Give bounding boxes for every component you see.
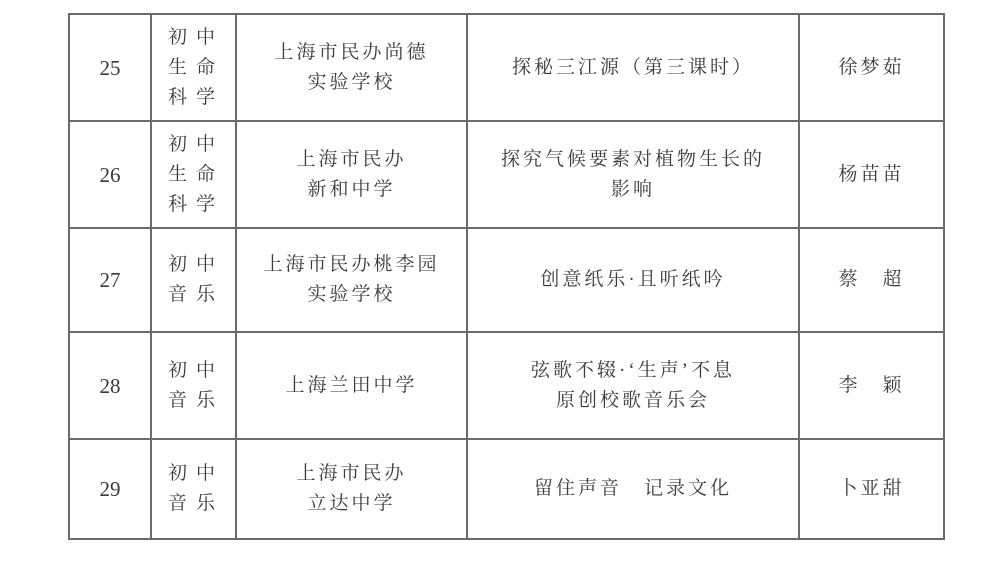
lesson-title-cell: 创意纸乐·且听纸吟 [467, 228, 799, 332]
teacher-cell: 杨苗苗 [799, 121, 944, 228]
category-line: 初中 [152, 250, 235, 280]
lesson-title-cell: 探究气候要素对植物生长的 影响 [467, 121, 799, 228]
category-line: 科学 [152, 190, 235, 220]
category-cell: 初中 生命 科学 [151, 14, 236, 121]
category-line: 科学 [152, 83, 235, 113]
table-row: 25 初中 生命 科学 上海市民办尚德 实验学校 探秘三江源（第三课时） 徐梦茹 [69, 14, 944, 121]
school-line: 新和中学 [237, 175, 466, 205]
row-number: 28 [70, 371, 150, 401]
teacher-name: 卜亚甜 [800, 474, 943, 504]
table-row: 29 初中 音乐 上海市民办 立达中学 留住声音 记录文化 卜亚甜 [69, 439, 944, 539]
school-line: 实验学校 [237, 280, 466, 310]
category-line: 生命 [152, 160, 235, 190]
row-number-cell: 27 [69, 228, 151, 332]
school-line: 上海市民办 [237, 459, 466, 489]
school-line: 上海兰田中学 [237, 371, 466, 401]
row-number-cell: 28 [69, 332, 151, 439]
teacher-cell: 李 颖 [799, 332, 944, 439]
lesson-title-line: 影响 [468, 175, 798, 205]
category-line: 生命 [152, 53, 235, 83]
row-number: 27 [70, 265, 150, 295]
school-line: 实验学校 [237, 68, 466, 98]
teacher-name: 杨苗苗 [800, 160, 943, 190]
row-number-cell: 29 [69, 439, 151, 539]
school-line: 上海市民办桃李园 [237, 250, 466, 280]
category-line: 音乐 [152, 280, 235, 310]
lesson-title-line: 探秘三江源（第三课时） [468, 53, 798, 83]
teacher-cell: 徐梦茹 [799, 14, 944, 121]
category-line: 音乐 [152, 489, 235, 519]
lesson-title-cell: 留住声音 记录文化 [467, 439, 799, 539]
school-cell: 上海市民办 立达中学 [236, 439, 467, 539]
row-number: 29 [70, 474, 150, 504]
page-background: { "colors": { "background": "#ffffff", "… [0, 0, 1000, 575]
lesson-title-line: 弦歌不辍·‘生声’不息 [468, 356, 798, 386]
teacher-cell: 卜亚甜 [799, 439, 944, 539]
lesson-title-cell: 弦歌不辍·‘生声’不息 原创校歌音乐会 [467, 332, 799, 439]
category-cell: 初中 音乐 [151, 439, 236, 539]
category-line: 初中 [152, 23, 235, 53]
table-row: 26 初中 生命 科学 上海市民办 新和中学 探究气候要素对植物生长的 影响 杨… [69, 121, 944, 228]
row-number: 26 [70, 160, 150, 190]
school-cell: 上海市民办 新和中学 [236, 121, 467, 228]
school-cell: 上海市民办桃李园 实验学校 [236, 228, 467, 332]
school-line: 上海市民办尚德 [237, 38, 466, 68]
row-number: 25 [70, 53, 150, 83]
category-cell: 初中 生命 科学 [151, 121, 236, 228]
lesson-title-line: 探究气候要素对植物生长的 [468, 145, 798, 175]
table-row: 28 初中 音乐 上海兰田中学 弦歌不辍·‘生声’不息 原创校歌音乐会 李 颖 [69, 332, 944, 439]
lesson-title-line: 留住声音 记录文化 [468, 474, 798, 504]
teacher-name: 徐梦茹 [800, 53, 943, 83]
teacher-cell: 蔡 超 [799, 228, 944, 332]
school-line: 上海市民办 [237, 145, 466, 175]
awards-table: 25 初中 生命 科学 上海市民办尚德 实验学校 探秘三江源（第三课时） 徐梦茹… [68, 13, 945, 540]
category-line: 初中 [152, 459, 235, 489]
category-line: 初中 [152, 130, 235, 160]
table-row: 27 初中 音乐 上海市民办桃李园 实验学校 创意纸乐·且听纸吟 蔡 超 [69, 228, 944, 332]
row-number-cell: 25 [69, 14, 151, 121]
category-line: 初中 [152, 356, 235, 386]
lesson-title-line: 创意纸乐·且听纸吟 [468, 265, 798, 295]
school-cell: 上海兰田中学 [236, 332, 467, 439]
lesson-title-line: 原创校歌音乐会 [468, 386, 798, 416]
category-line: 音乐 [152, 386, 235, 416]
category-cell: 初中 音乐 [151, 228, 236, 332]
teacher-name: 李 颖 [800, 371, 943, 401]
lesson-title-cell: 探秘三江源（第三课时） [467, 14, 799, 121]
category-cell: 初中 音乐 [151, 332, 236, 439]
school-cell: 上海市民办尚德 实验学校 [236, 14, 467, 121]
row-number-cell: 26 [69, 121, 151, 228]
school-line: 立达中学 [237, 489, 466, 519]
teacher-name: 蔡 超 [800, 265, 943, 295]
